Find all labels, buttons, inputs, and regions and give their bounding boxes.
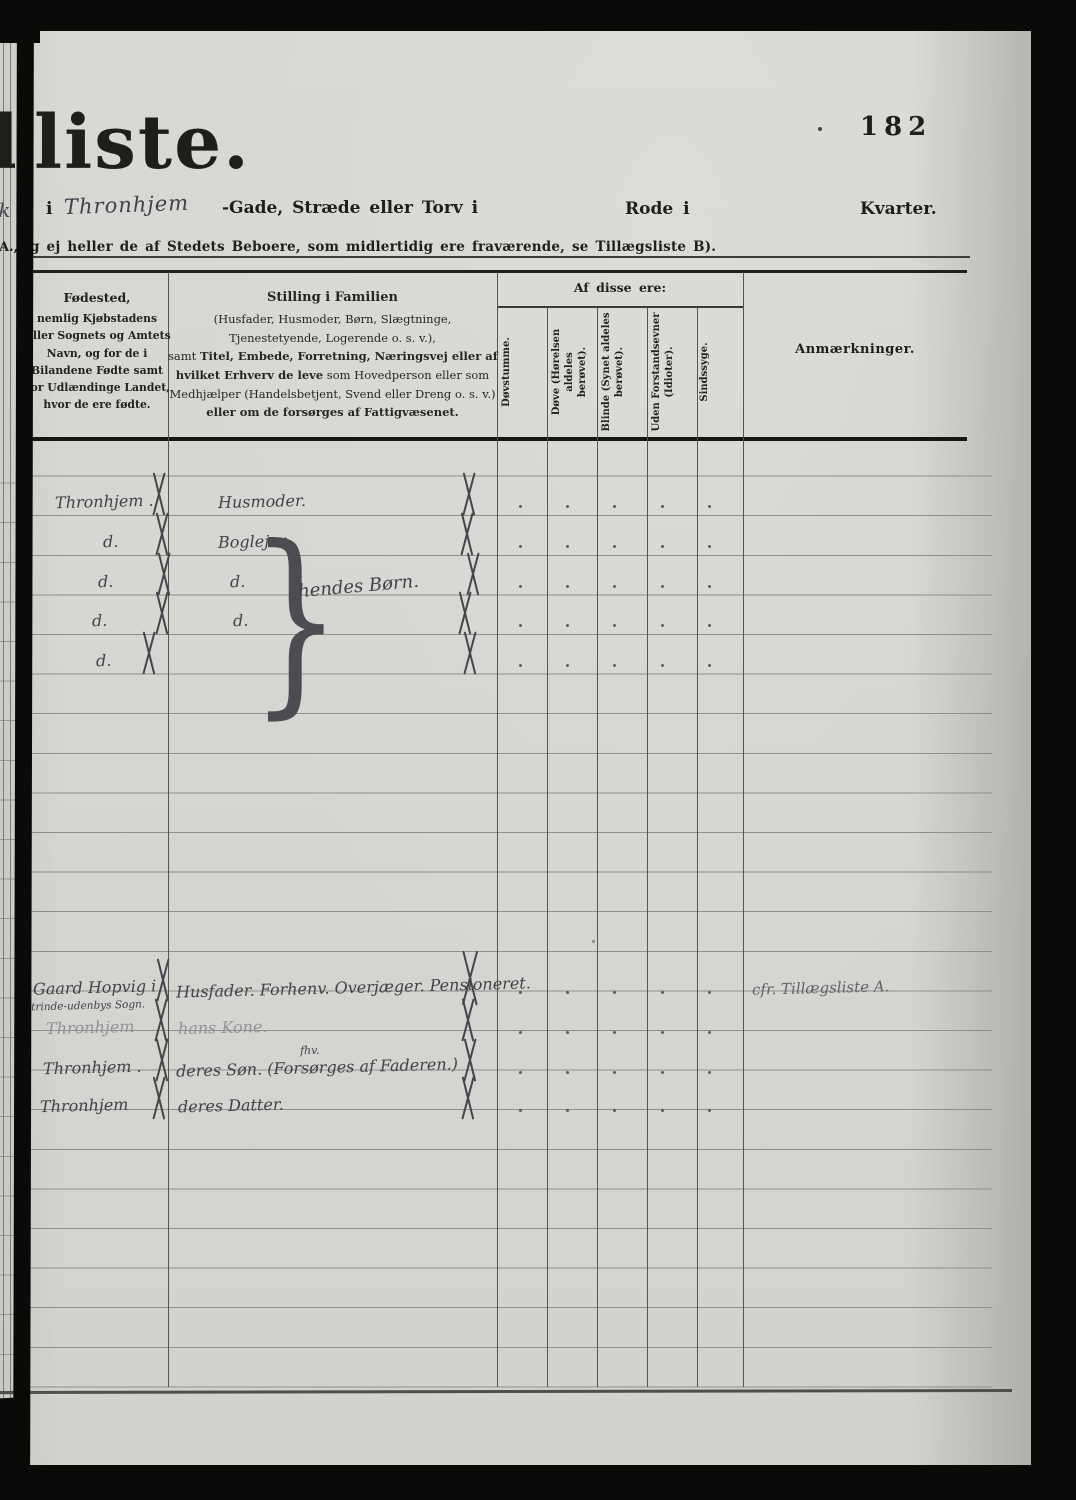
header-line: (Husfader, Husmoder, Børn, Slægtninge,	[168, 310, 497, 329]
x-mark-right	[454, 512, 478, 556]
x-mark-right	[460, 552, 484, 596]
row-birthplace-handwriting: Thronhjem .	[55, 491, 154, 513]
x-mark-left	[150, 958, 174, 1002]
column-divider	[497, 272, 498, 1387]
group-header-underline	[497, 306, 743, 308]
disability-dot	[566, 505, 569, 508]
x-mark-left	[146, 1076, 170, 1120]
disability-dot	[566, 1109, 569, 1112]
scan-border-bottom	[0, 1465, 1076, 1500]
column-divider	[647, 307, 648, 1387]
disability-dot	[661, 1109, 664, 1112]
disability-dot	[566, 664, 569, 667]
row-birthplace-handwriting: Thronhjem	[46, 1017, 135, 1038]
header-line: Medhjælper (Handelsbetjent, Svend eller …	[168, 385, 497, 404]
disability-column-label: Blinde (Synet aldeles berøvet).	[600, 309, 644, 435]
column-divider	[547, 307, 548, 1387]
x-mark-left	[136, 631, 160, 675]
place-name-handwriting: Thronhjem	[64, 191, 190, 219]
header-line: Tjenestetyende, Logerende o. s. v.),	[168, 329, 497, 348]
disability-dot	[661, 585, 664, 588]
header-line: eller om de forsørges af Fattigvæsenet.	[168, 403, 497, 422]
row-superscript-handwriting: fhv.	[300, 1044, 320, 1058]
disability-column-label: Døvstumme.	[500, 309, 544, 435]
kvarter-label: Kvarter.	[860, 199, 937, 219]
disability-dot	[613, 624, 616, 627]
disability-dot	[708, 624, 711, 627]
disability-dot	[613, 1071, 616, 1074]
disability-dot	[613, 585, 616, 588]
row-occupation-handwriting: hans Kone.	[178, 1017, 268, 1038]
disability-dot	[708, 664, 711, 667]
disability-dot	[661, 991, 664, 994]
ink-speck	[818, 127, 822, 131]
header-segment: (Husfader, Husmoder, Børn, Slægtninge,	[214, 312, 452, 326]
header-line: for Udlændinge Landet,	[26, 379, 168, 396]
disability-dot	[519, 991, 522, 994]
position-column-header: Stilling i Familien(Husfader, Husmoder, …	[168, 287, 497, 422]
disability-dot	[613, 1109, 616, 1112]
row-note-handwriting: cfr. Tillægsliste A.	[752, 977, 890, 999]
header-line: eller Sognets og Amtets	[26, 327, 168, 344]
row-birthplace-handwriting: d.	[96, 651, 112, 670]
disability-column-label: Døve (Hørelsen aldeles berøvet).	[550, 309, 594, 435]
header-line: Navn, og for de i	[26, 345, 168, 362]
table-top-rule	[24, 270, 967, 273]
header-line: samt Titel, Embede, Forretning, Næringsv…	[168, 347, 497, 366]
prefix-label: i	[46, 199, 52, 219]
header-segment: Medhjælper (Handelsbetjent, Svend eller …	[170, 387, 496, 401]
disability-dot	[613, 545, 616, 548]
disability-dot	[566, 1071, 569, 1074]
header-segment: Stilling i Familien	[267, 290, 398, 305]
disability-column-label: Uden Forstandsevner (Idioter).	[650, 309, 694, 435]
disability-dot	[613, 505, 616, 508]
row-occupation-handwriting: d.	[230, 572, 246, 591]
header-segment: samt	[168, 349, 200, 363]
column-divider	[697, 307, 698, 1387]
header-segment: Titel, Embede, Forretning, Næringsvej el…	[200, 349, 498, 363]
disability-dot	[708, 1109, 711, 1112]
rule	[24, 256, 970, 258]
header-line: hvor de ere fødte.	[26, 396, 168, 413]
note-line: g ej heller de af Stedets Beboere, som m…	[30, 239, 716, 255]
x-mark-left	[146, 472, 170, 516]
header-segment: hvilket Erhverv de leve	[176, 368, 323, 382]
disability-dot	[661, 545, 664, 548]
street-label: -Gade, Stræde eller Torv i	[222, 198, 478, 218]
disability-dot	[613, 991, 616, 994]
disability-dot	[708, 545, 711, 548]
birthplace-column-header: Fødested,nemlig Kjøbstadenseller Sognets…	[26, 288, 168, 414]
disability-dot	[661, 664, 664, 667]
rode-label: Rode i	[625, 199, 690, 219]
disability-dot	[519, 624, 522, 627]
header-segment: Tjenestetyende, Logerende o. s. v.),	[229, 331, 436, 345]
disability-dot	[519, 505, 522, 508]
x-mark-left	[149, 512, 173, 556]
disability-dot	[566, 991, 569, 994]
column-divider	[168, 272, 169, 1387]
row-birthplace-handwriting: Gaard Hopvig i	[33, 976, 157, 998]
row-birthplace-handwriting: d.	[92, 611, 108, 630]
remarks-column-header: Anmærkninger.	[743, 342, 967, 357]
disability-dot	[661, 1071, 664, 1074]
row-birthplace-handwriting: d.	[98, 572, 114, 591]
header-segment: eller om de forsørges af Fattigvæsenet.	[206, 405, 458, 419]
disability-dot	[661, 1031, 664, 1034]
column-divider	[743, 272, 744, 1387]
disability-dot	[708, 991, 711, 994]
disability-dot	[566, 545, 569, 548]
scan-border-top	[0, 0, 1076, 31]
disability-dot	[613, 1031, 616, 1034]
header-line: Stilling i Familien	[168, 287, 497, 308]
disability-column-label: Sindssyge.	[698, 309, 742, 435]
disability-dot	[519, 545, 522, 548]
grouping-brace: }	[250, 536, 342, 706]
page-title: liste.	[34, 100, 251, 186]
disability-dot	[708, 585, 711, 588]
row-birthplace-handwriting: d.	[103, 532, 119, 551]
x-mark-right	[456, 472, 480, 516]
disability-dot	[566, 1031, 569, 1034]
x-mark-left	[151, 552, 175, 596]
disability-dot	[708, 1071, 711, 1074]
header-line: nemlig Kjøbstadens	[26, 310, 168, 327]
disability-group-header: Af disse ere:	[497, 280, 743, 295]
row-occupation-handwriting: d.	[233, 611, 249, 630]
disability-dot	[519, 1031, 522, 1034]
x-mark-right	[457, 631, 481, 675]
header-line: Fødested,	[26, 288, 168, 308]
census-scan: d liste. 182 lk i Thronhjem -Gade, Stræd…	[0, 0, 1076, 1500]
row-birthplace-handwriting: Thronhjem	[40, 1095, 129, 1116]
disability-dot	[661, 624, 664, 627]
column-divider	[597, 307, 598, 1387]
row-occupation-handwriting: deres Datter.	[178, 1095, 284, 1117]
disability-dot	[613, 664, 616, 667]
disability-dot	[519, 585, 522, 588]
disability-dot	[708, 505, 711, 508]
title-fragment: d	[0, 100, 15, 200]
disability-dot	[519, 1109, 522, 1112]
x-mark-right	[455, 998, 479, 1042]
disability-dot	[661, 505, 664, 508]
header-line: Bilandene Fødte samt	[26, 362, 168, 379]
disability-dot	[566, 585, 569, 588]
disability-dot	[519, 1071, 522, 1074]
handwriting-fragment: lk	[0, 198, 17, 224]
header-line: hvilket Erhverv de leve som Hovedperson …	[168, 366, 497, 385]
disability-dot	[519, 664, 522, 667]
disability-dot	[708, 1031, 711, 1034]
disability-dot	[566, 624, 569, 627]
page-number: 182	[860, 112, 932, 142]
row-birthplace-handwriting: Thronhjem .	[43, 1057, 142, 1079]
x-mark-right	[452, 591, 476, 635]
x-mark-right	[455, 1076, 479, 1120]
header-segment: som Hovedperson eller som	[323, 368, 489, 382]
x-mark-left	[148, 998, 172, 1042]
x-mark-left	[149, 591, 173, 635]
scan-border-right	[1031, 0, 1076, 1500]
